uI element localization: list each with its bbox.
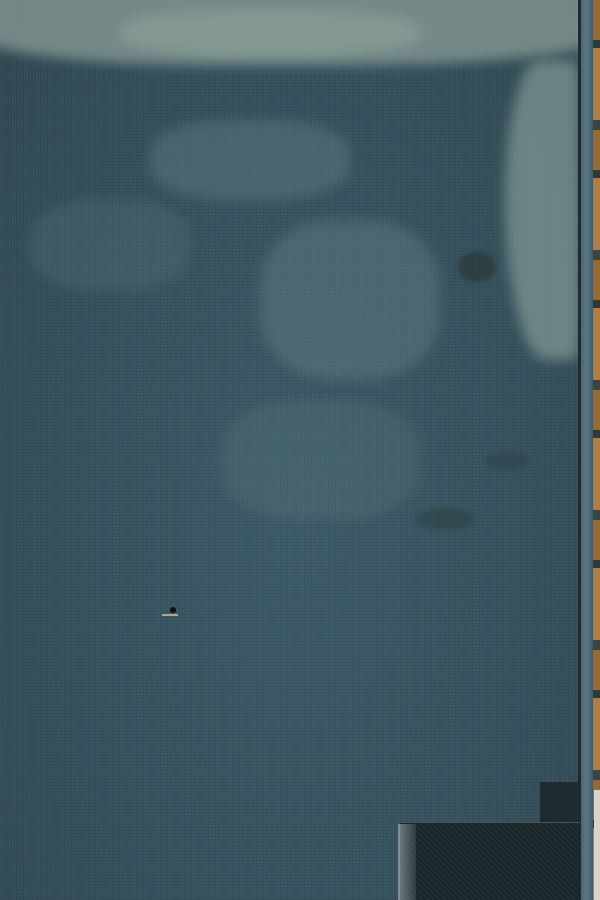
spine — [581, 0, 593, 900]
mottled-wear — [150, 120, 350, 200]
stain — [415, 508, 475, 530]
book-cover — [0, 0, 600, 900]
pinhole — [170, 607, 176, 613]
stain — [458, 252, 496, 282]
mottled-wear — [260, 220, 440, 380]
mottled-wear — [30, 200, 190, 290]
repair-patch — [400, 822, 580, 900]
page-edge — [593, 0, 600, 900]
faded-area-top-light — [120, 10, 420, 55]
tape — [398, 824, 416, 900]
stain — [485, 452, 530, 470]
label-scrap — [594, 790, 600, 900]
scratch — [162, 614, 178, 616]
mottled-wear — [220, 400, 420, 520]
